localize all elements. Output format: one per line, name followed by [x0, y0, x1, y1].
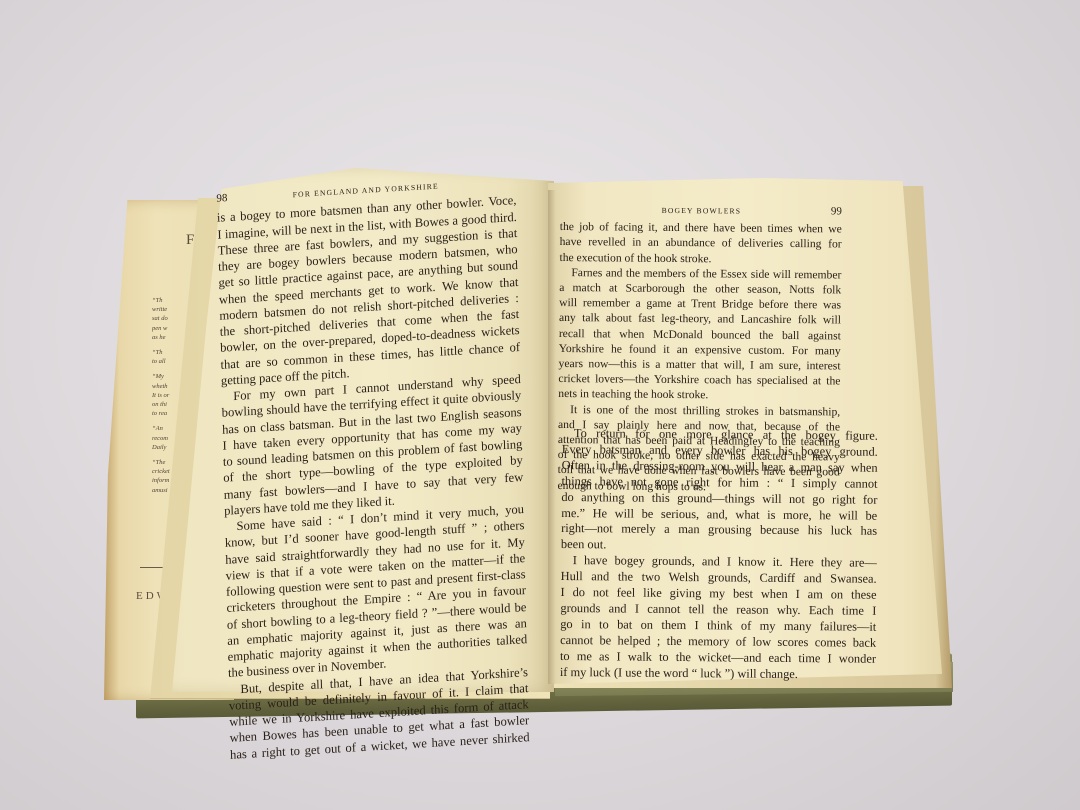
page-number: 99 — [831, 204, 842, 219]
running-title: BOGEY BOWLERS — [662, 203, 742, 219]
left-page-text: 98 FOR ENGLAND AND YORKSHIRE is a bogey … — [216, 173, 529, 763]
book-photo: FO “Thwrittesat dopen was he“Thto all“My… — [0, 0, 1080, 810]
flap-divider — [140, 567, 166, 568]
text-line: right—not merely a man grousing because … — [561, 521, 877, 540]
book-gutter — [548, 190, 556, 684]
page-number: 98 — [216, 190, 227, 207]
text-line: if my luck (I use the word “ luck ”) wil… — [560, 665, 876, 684]
right-body-text-lower: To return for one more glance at the bog… — [560, 426, 878, 683]
right-running-head: BOGEY BOWLERS 99 — [560, 202, 842, 220]
flap-blurb-line: writte — [152, 305, 192, 314]
right-page-text-lower: To return for one more glance at the bog… — [560, 426, 878, 683]
flap-blurb-line: sat do — [152, 314, 192, 323]
left-body-text: is a bogey to more batsmen than any othe… — [217, 192, 530, 762]
flap-blurb-line: “Th — [152, 296, 192, 305]
